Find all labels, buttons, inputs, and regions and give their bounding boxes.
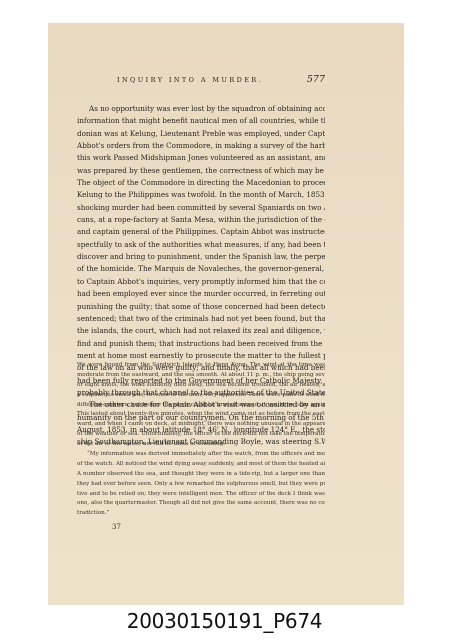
body-line: this work Passed Midshipman Jones volunt…: [77, 152, 325, 164]
footnote-line: a sulphurous smell was, to some of the m…: [77, 391, 325, 401]
body-line: discover and bring to punishment, under …: [77, 251, 325, 263]
footnote-line: of the weather or sea. Unfortunately, th…: [77, 430, 325, 440]
footnote-line: of the watch. All noticed the wind dying…: [77, 460, 325, 470]
footnote-line: one, also the quartermaster. Though all …: [77, 499, 325, 509]
footnote-line: tive and to be relied on; they were inte…: [77, 490, 325, 500]
body-line: cans, at a rope-factory at Santa Mesa, w…: [77, 214, 325, 226]
footnote-line: “My information was derived immediately …: [77, 450, 325, 460]
body-line: Abbot's orders from the Commodore, in ma…: [77, 140, 325, 152]
body-line: As no opportunity was ever lost by the s…: [77, 103, 325, 115]
running-head-title: INQUIRY INTO A MURDER.: [117, 76, 263, 84]
body-line: spectfully to ask of the authorities wha…: [77, 239, 325, 251]
body-line: had been employed ever since the murder …: [77, 288, 325, 300]
body-line: punishing the guilty; that some of those…: [77, 301, 325, 313]
body-line: and captain general of the Philippines. …: [77, 226, 325, 238]
body-line: information that might benefit nautical …: [77, 115, 325, 127]
footnote-line: ward, and when I came on deck, at midnig…: [77, 420, 325, 430]
body-line: shocking murder had been committed by se…: [77, 202, 325, 214]
signature-mark: 37: [112, 523, 121, 531]
body-line: donian was at Kelung, Lieutenant Preble …: [77, 128, 325, 140]
body-line: sentenced; that two of the criminals had…: [77, 313, 325, 325]
scanned-page: INQUIRY INTO A MURDER. 577 As no opportu…: [48, 23, 404, 605]
footnote: We were bound from the Sandwich Islands …: [77, 361, 325, 519]
page-number: 577: [307, 74, 325, 85]
footnote-line: different quarters, but before the yards…: [77, 401, 325, 411]
body-line: of the homicide. The Marquis de Novalech…: [77, 263, 325, 275]
footnote-line: tradiction.”: [77, 509, 325, 519]
footnote-line: moderate from the eastward, and the sea …: [77, 371, 325, 381]
footnote-line: A number observed the sea, and thought t…: [77, 470, 325, 480]
running-head: INQUIRY INTO A MURDER. 577: [77, 76, 325, 88]
body-line: Kelung to the Philippines was twofold. I…: [77, 189, 325, 201]
footnote-line: This lasted about twenty-five minutes, w…: [77, 410, 325, 420]
image-id-label: 20030150191_P674: [0, 609, 449, 633]
body-line: was prepared by these gentlemen, the cor…: [77, 165, 325, 177]
body-line: the islands, the court, which had not re…: [77, 325, 325, 337]
footnote-line: of the air or the water, nor did he thin…: [77, 440, 325, 450]
body-line: to Captain Abbot's inquiries, very promp…: [77, 276, 325, 288]
body-line: find and punish them; that instructions …: [77, 338, 325, 350]
footnote-line: or eight knots, the wind suddenly died a…: [77, 381, 325, 391]
body-line: The object of the Commodore in directing…: [77, 177, 325, 189]
footnote-line: they had ever before seen. Only a few re…: [77, 480, 325, 490]
footnote-line: We were bound from the Sandwich Islands …: [77, 361, 325, 371]
